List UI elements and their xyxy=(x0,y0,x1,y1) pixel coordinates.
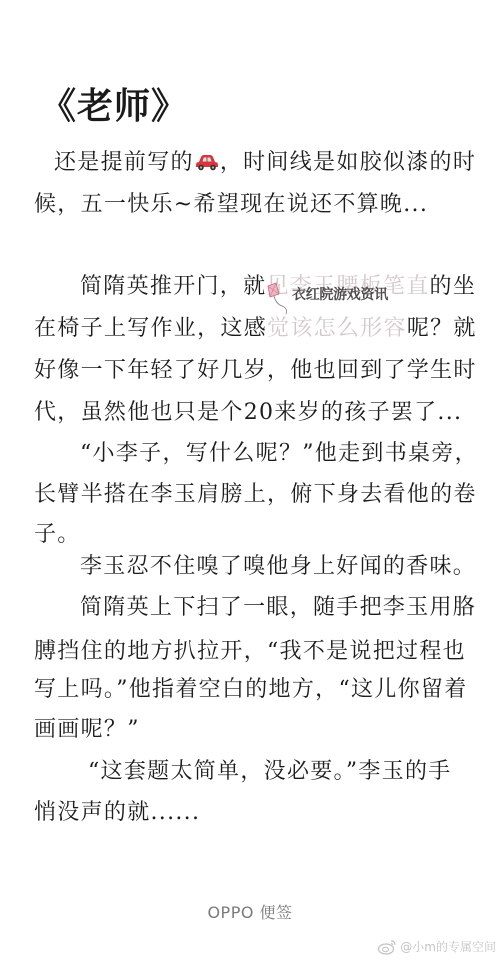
weibo-icon xyxy=(377,939,397,955)
story-line-10: 膊挡住的地方扒拉开，“我不是说把过程也 xyxy=(34,637,466,667)
story-line-5: “小李子，写什么呢？”他走到书桌旁， xyxy=(80,439,478,469)
note-page: 《老师》 还是提前写的 ，时间线是如胶似漆的时 候，五一快乐~希望现在说还不算晚… xyxy=(0,0,500,965)
story-line-2: 在椅子上写作业，这感觉该怎么形容呢？就 xyxy=(34,314,477,344)
story-line-11: 写上吗。”他指着空白的地方，“这儿你留着 xyxy=(34,675,468,705)
weibo-watermark: @小m的专属空间 xyxy=(377,938,496,955)
story-line-14: 悄没声的就...... xyxy=(34,798,200,828)
intro-text-b: ，时间线是如胶似漆的时 xyxy=(220,150,476,175)
story-line-3: 好像一下年轻了好几岁，他也回到了学生时 xyxy=(34,356,477,386)
car-icon xyxy=(195,151,219,171)
intro-text-a: 还是提前写的 xyxy=(54,150,194,175)
center-watermark: 衣红院游戏资讯 xyxy=(262,278,442,318)
story-line-7: 子。 xyxy=(34,520,81,550)
story-text: 简隋英推开门，就 xyxy=(80,274,266,299)
intro-line-1: 还是提前写的 ，时间线是如胶似漆的时 xyxy=(54,148,476,178)
story-line-13: “这套题太简单，没必要。”李玉的手 xyxy=(88,757,452,787)
intro-line-2: 候，五一快乐~希望现在说还不算晚... xyxy=(34,190,428,220)
watermark-text: 衣红院游戏资讯 xyxy=(292,284,388,304)
app-footer-label: OPPO 便签 xyxy=(0,900,500,923)
story-text: 在椅子上写作业，这感 xyxy=(34,316,267,341)
story-line-9: 简隋英上下扫了一眼，随手把李玉用胳 xyxy=(80,593,476,623)
story-line-4: 代，虽然他也只是个20来岁的孩子罢了... xyxy=(34,398,462,428)
story-line-12: 画画呢？” xyxy=(34,715,140,745)
story-text: 呢？就 xyxy=(407,316,477,341)
weibo-handle: @小m的专属空间 xyxy=(400,938,496,955)
story-line-8: 李玉忍不住嗅了嗅他身上好闻的香味。 xyxy=(80,552,476,582)
note-title: 《老师》 xyxy=(40,84,188,128)
faded-text: 觉该怎么形容 xyxy=(267,316,407,341)
story-line-6: 长臂半搭在李玉肩膀上，俯下身去看他的卷 xyxy=(34,480,477,510)
